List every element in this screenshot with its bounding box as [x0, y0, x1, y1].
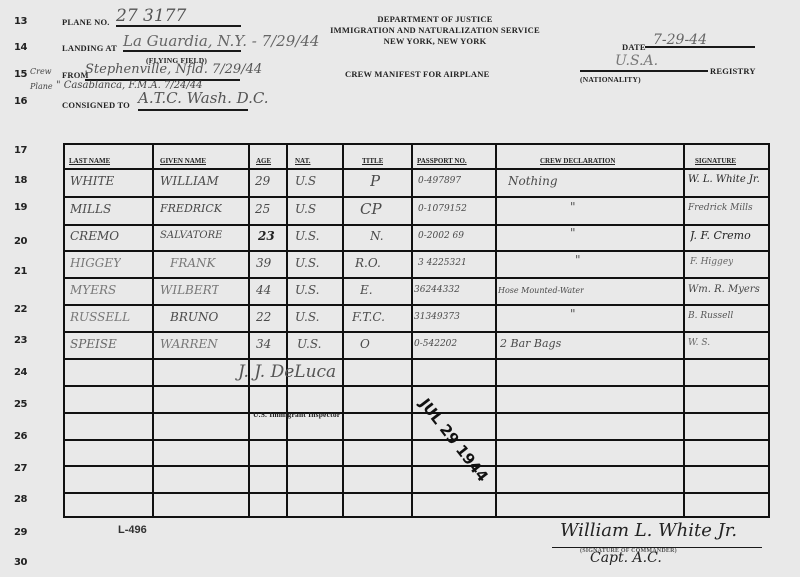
cell-passport: 0-1079152 [418, 204, 467, 214]
cell-age: 44 [256, 283, 271, 297]
cell-given-name: FREDRICK [160, 202, 222, 215]
cell-title: P [370, 172, 380, 190]
col-divider [152, 143, 154, 518]
nationality-value: U.S.A. [615, 53, 658, 69]
row-divider [63, 331, 770, 333]
registry-label: REGISTRY [710, 66, 756, 76]
cell-age: 34 [256, 337, 271, 351]
line-number: 27 [14, 463, 32, 474]
crew-prefix: Crew [30, 67, 52, 76]
nationality-caption: (NATIONALITY) [580, 75, 641, 84]
cell-given-name: WILBERT [160, 283, 219, 297]
cell-title: F.T.C. [352, 310, 385, 324]
from-value: Stephenville, Nfld. 7/29/44 [85, 62, 262, 77]
cell-nat: U.S. [295, 229, 319, 243]
cell-passport: 0-542202 [414, 339, 457, 349]
cell-declaration: " [570, 307, 576, 321]
cell-signature: Fredrick Mills [688, 203, 753, 213]
row-divider [63, 412, 770, 414]
cell-signature: W. L. White Jr. [688, 174, 760, 185]
row-divider [63, 196, 770, 198]
cell-age: 22 [256, 310, 271, 324]
row-divider [63, 465, 770, 467]
cell-last-name: CREMO [70, 229, 119, 243]
row-divider [63, 304, 770, 306]
cell-given-name: WARREN [160, 337, 218, 351]
row-divider [63, 358, 770, 360]
cell-age: 25 [255, 202, 270, 216]
cell-title: R.O. [355, 256, 381, 270]
cell-age: 29 [255, 174, 270, 188]
cell-signature: W. S. [688, 338, 710, 348]
cell-title: N. [370, 229, 384, 243]
col-header-title: TITLE [362, 157, 383, 165]
cell-nat: U.S. [297, 337, 321, 351]
cell-last-name: HIGGEY [70, 256, 121, 270]
cell-declaration: 2 Bar Bags [500, 337, 561, 350]
line-number: 21 [14, 266, 32, 277]
col-header-last-name: LAST NAME [69, 157, 110, 165]
col-header-given-name: GIVEN NAME [160, 157, 206, 165]
cell-nat: U.S. [295, 310, 319, 324]
cell-age: 23 [258, 229, 275, 243]
cell-nat: U.S [295, 174, 316, 188]
row-divider [63, 385, 770, 387]
col-header-crew-declaration: CREW DECLARATION [540, 157, 615, 165]
line-number: 22 [14, 304, 32, 315]
row-divider [63, 168, 770, 170]
cell-nat: U.S. [295, 283, 319, 297]
col-header-passport: PASSPORT NO. [417, 157, 467, 165]
form-number: L-496 [118, 524, 147, 536]
row-divider [63, 277, 770, 279]
cell-given-name: WILLIAM [160, 174, 219, 188]
row-divider [63, 492, 770, 494]
cell-declaration: " [570, 200, 576, 214]
landing-at-value: La Guardia, N.Y. - 7/29/44 [123, 32, 319, 50]
col-divider [495, 143, 497, 518]
line-number: 19 [14, 202, 32, 213]
plane-prefix: Plane [30, 82, 53, 91]
line-number: 23 [14, 335, 32, 346]
cell-last-name: MYERS [70, 283, 116, 297]
line-number: 16 [14, 96, 32, 107]
cell-last-name: WHITE [70, 174, 114, 188]
col-divider [286, 143, 288, 518]
line-number: 18 [14, 175, 32, 186]
consigned-underline [138, 109, 248, 111]
date-label: DATE [622, 42, 646, 52]
cell-declaration: Hose Mounted-Water [498, 286, 584, 295]
line-number: 30 [14, 557, 32, 568]
col-divider [342, 143, 344, 518]
cell-title: E. [360, 283, 373, 297]
line-number: 26 [14, 431, 32, 442]
cell-nat: U.S [295, 202, 316, 216]
line-number: 29 [14, 527, 32, 538]
consigned-value: A.T.C. Wash. D.C. [138, 89, 269, 107]
col-divider [683, 143, 685, 518]
date-value: 7-29-44 [645, 32, 755, 48]
cell-declaration: Nothing [508, 174, 558, 188]
plane-no-label: PLANE NO. [62, 17, 110, 27]
cell-signature: F. Higgey [690, 257, 733, 267]
row-divider [63, 250, 770, 252]
cell-passport: 31349373 [414, 312, 460, 322]
col-header-nat: NAT. [295, 157, 311, 165]
cell-declaration: " [570, 226, 576, 240]
line-number: 28 [14, 494, 32, 505]
col-divider [411, 143, 413, 518]
cell-passport: 3 4225321 [418, 258, 467, 268]
row-divider [63, 224, 770, 226]
cell-nat: U.S. [295, 256, 319, 270]
line-number: 20 [14, 236, 32, 247]
line-number: 14 [14, 42, 32, 53]
consigned-label: CONSIGNED TO [62, 100, 130, 110]
cell-last-name: SPEISE [70, 337, 117, 351]
cell-signature: Wm. R. Myers [688, 284, 760, 295]
commander-rank: Capt. A.C. [590, 550, 662, 566]
line-number: 17 [14, 145, 32, 156]
plane-no-value: 27 3177 [116, 6, 241, 27]
cell-given-name: FRANK [170, 256, 216, 270]
col-divider [248, 143, 250, 518]
nationality-underline [580, 70, 708, 72]
commander-signature: William L. White Jr. [560, 520, 737, 541]
dept-line-2: IMMIGRATION AND NATURALIZATION SERVICE [310, 25, 560, 35]
landing-at-label: LANDING AT [62, 43, 117, 53]
line-number: 13 [14, 16, 32, 27]
cell-signature: J. F. Cremo [690, 229, 751, 242]
row-divider [63, 439, 770, 441]
dept-line-1: DEPARTMENT OF JUSTICE [330, 14, 540, 24]
inspector-signature: J. J. DeLuca [238, 362, 336, 382]
cell-last-name: RUSSELL [70, 310, 130, 324]
line-number: 24 [14, 367, 32, 378]
cell-signature: B. Russell [688, 311, 733, 321]
landing-at-underline [123, 50, 241, 52]
dept-line-3: NEW YORK, NEW YORK [350, 36, 520, 46]
cell-declaration: " [575, 253, 581, 267]
col-header-age: AGE [256, 157, 271, 165]
cell-given-name: SALVATORE [160, 230, 222, 241]
cell-last-name: MILLS [70, 202, 111, 216]
cell-title: O [360, 337, 370, 351]
cell-given-name: BRUNO [170, 310, 218, 324]
inspector-title: U.S. Immigrant Inspector [253, 410, 340, 419]
cell-age: 39 [256, 256, 271, 270]
line-number: 25 [14, 399, 32, 410]
cell-passport: 0-497897 [418, 176, 461, 186]
cell-passport: 36244332 [414, 285, 460, 295]
col-header-signature: SIGNATURE [695, 157, 736, 165]
manifest-title: CREW MANIFEST FOR AIRPLANE [345, 69, 489, 79]
cell-title: CP [360, 200, 382, 218]
cell-passport: 0-2002 69 [418, 231, 464, 241]
